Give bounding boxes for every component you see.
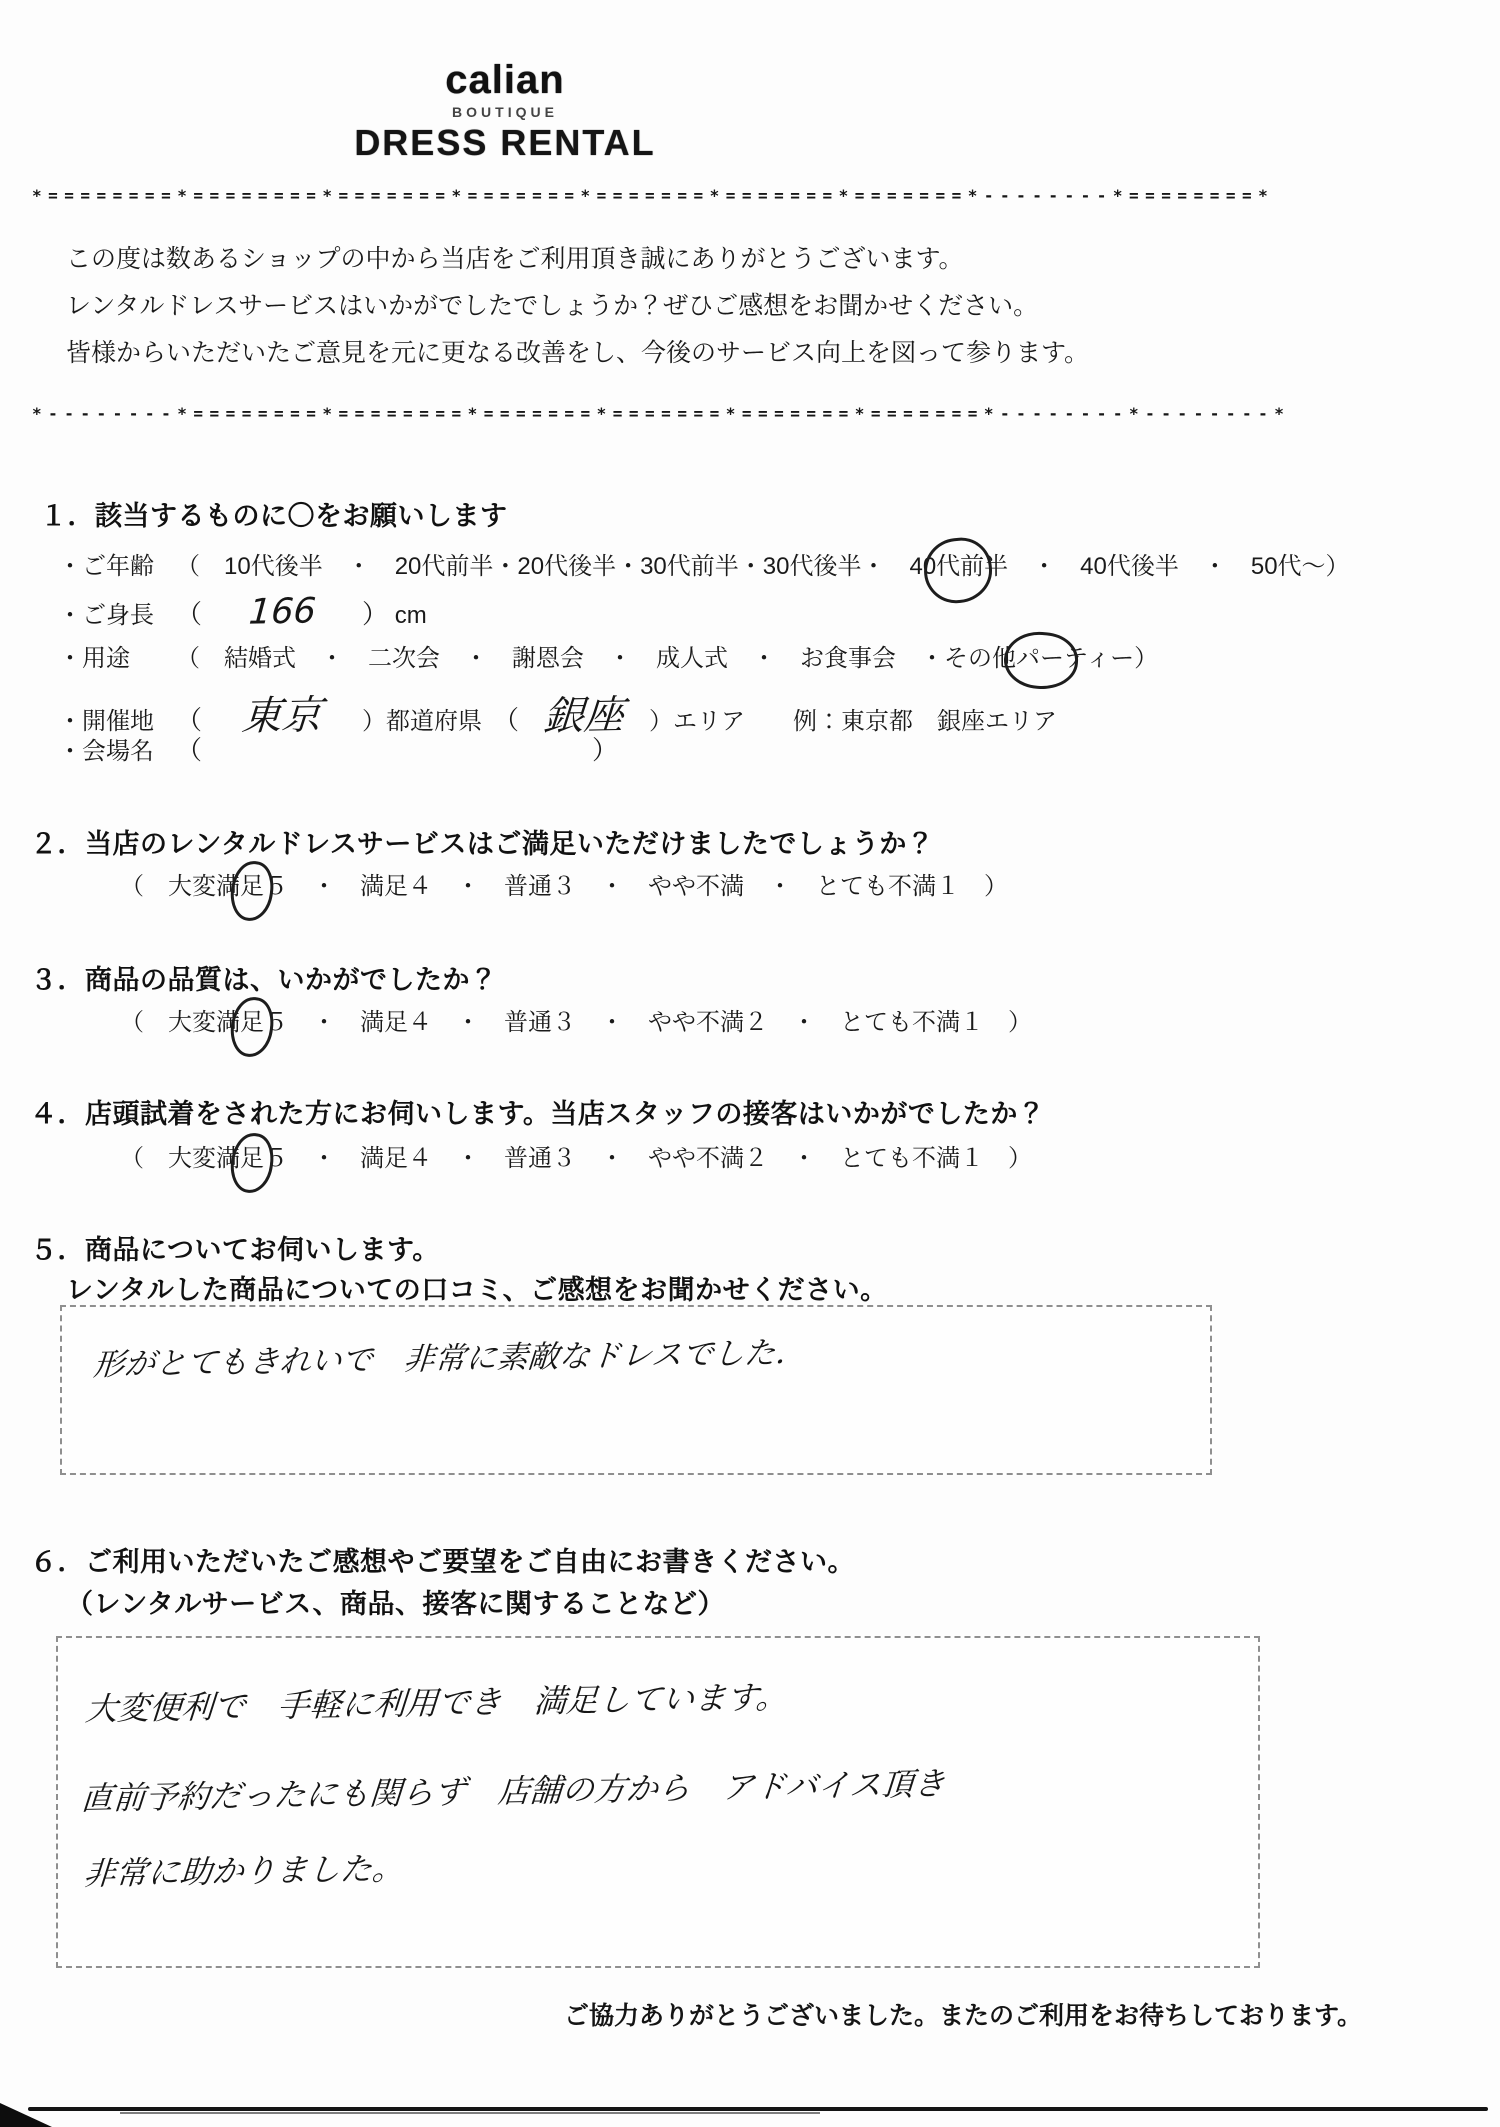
q6-answer-line-2: 直前予約だったにも関らず 店舗の方から アドバイス頂き	[80, 1758, 947, 1819]
q1-purpose-row: ・用途（ 結婚式 ・ 二次会 ・ 謝恩会 ・ 成人式 ・ お食事会 ・その他パー…	[58, 638, 1158, 673]
q3-options-post: ５ ・ 満足４ ・ 普通３ ・ やや不満２ ・ とても不満１ ）	[264, 1009, 1032, 1036]
height-value-handwritten: 166	[247, 591, 317, 632]
brand-name: calian	[0, 58, 1010, 103]
q2-rating-options: （ 大変満足５ ・ 満足４ ・ 普通３ ・ やや不満 ・ とても不満１ ）	[120, 866, 1008, 901]
q1-age-row: ・ご年齢（ 10代後半 ・ 20代前半・20代後半・30代前半・30代後半・ 4…	[58, 546, 1350, 581]
q6-subheading: （レンタルサービス、商品、接客に関することなど）	[66, 1582, 725, 1621]
scan-artifact-line-2	[120, 2112, 820, 2114]
q2-heading: ２．当店のレンタルドレスサービスはご満足いただけましたでしょうか？	[30, 822, 934, 861]
q1-age-label: ・ご年齢	[58, 546, 176, 581]
q1-venue-area-suffix: ）エリア	[649, 708, 745, 735]
q4-options-pre: （ 大変満	[120, 1145, 240, 1172]
q4-heading: ４．店頭試着をされた方にお伺いします。当店スタッフの接客はいかがでしたか？	[30, 1092, 1045, 1131]
document-title: DRESS RENTAL	[0, 122, 1010, 164]
open-paren: （	[176, 735, 202, 765]
q3-options-pre: （ 大変満	[120, 1009, 240, 1036]
q1-purpose-label: ・用途	[58, 638, 176, 673]
q1-age-options-post: 半 ・ 40代後半 ・ 50代～）	[984, 553, 1349, 580]
q5-heading: ５．商品についてお伺いします。	[30, 1228, 440, 1267]
close-paren: ）	[362, 599, 388, 629]
q6-heading: ６．ご利用いただいたご感想やご要望をご自由にお書きください。	[30, 1540, 855, 1579]
open-paren: （	[176, 599, 202, 629]
logo: calian BOUTIQUE DRESS RENTAL	[0, 58, 1010, 164]
hand-circle-q3-selection: 足	[240, 1002, 264, 1037]
q3-heading: ３．商品の品質は、いかがでしたか？	[30, 958, 498, 997]
hand-circle-q2-selection: 足	[240, 866, 264, 901]
q2-options-post: ５ ・ 満足４ ・ 普通３ ・ やや不満 ・ とても不満１ ）	[264, 873, 1008, 900]
intro-line-1: この度は数あるショップの中から当店をご利用頂き誠にありがとうございます。	[66, 236, 1089, 283]
q5-answer-box: 形がとてもきれいで 非常に素敵なドレスでした．	[60, 1305, 1212, 1475]
separator-bottom: *--------*========*========*=======*====…	[32, 404, 1362, 423]
footer-thanks: ご協力ありがとうございました。またのご利用をお待ちしております。	[300, 1996, 1362, 2032]
q1-height-row: ・ご身長（166） cm	[58, 592, 427, 632]
scanned-survey-page: calian BOUTIQUE DRESS RENTAL *========*=…	[0, 0, 1500, 2127]
hand-circle-q4-selection: 足	[240, 1138, 264, 1173]
q6-answer-line-1: 大変便利で 手軽に利用でき 満足しています。	[84, 1672, 790, 1730]
q1-heading: １．該当するものに〇をお願いします	[40, 494, 508, 533]
q4-rating-options: （ 大変満足５ ・ 満足４ ・ 普通３ ・ やや不満２ ・ とても不満１ ）	[120, 1138, 1032, 1173]
q3-rating-options: （ 大変満足５ ・ 満足４ ・ 普通３ ・ やや不満２ ・ とても不満１ ）	[120, 1002, 1032, 1037]
intro-paragraph: この度は数あるショップの中から当店をご利用頂き誠にありがとうございます。 レンタ…	[66, 236, 1089, 377]
q1-age-options-pre: （ 10代後半 ・ 20代前半・20代後半・30代前半・30代後半・ 40	[176, 553, 936, 580]
scan-artifact-corner	[0, 2103, 52, 2127]
q1-height-unit: cm	[395, 602, 427, 629]
q1-venue-name-label: ・会場名	[58, 731, 176, 766]
q6-answer-box: 大変便利で 手軽に利用でき 満足しています。 直前予約だったにも関らず 店舗の方…	[56, 1636, 1260, 1968]
q2-options-pre: （ 大変満	[120, 873, 240, 900]
q1-venue-example: 例：東京都 銀座エリア	[793, 708, 1057, 735]
q5-answer-handwritten: 形がとてもきれいで 非常に素敵なドレスでした．	[92, 1327, 808, 1384]
q1-purpose-options-pre: （ 結婚式 ・ 二次会 ・ 謝恩会 ・ 成人式 ・ お食事会 ・その他	[176, 645, 1016, 672]
q1-height-label: ・ご身長	[58, 595, 176, 630]
q1-venue-name-row: ・会場名（）	[58, 730, 618, 767]
hand-circle-age-selection: 代前	[936, 546, 984, 581]
q5-subheading: レンタルした商品についての口コミ、ご感想をお聞かせください。	[66, 1268, 888, 1307]
scan-artifact-line	[28, 2107, 1488, 2111]
intro-line-3: 皆様からいただいたご意見を元に更なる改善をし、今後のサービス向上を図って参ります…	[66, 330, 1089, 377]
separator-top: *========*========*=======*=======*=====…	[32, 186, 1362, 205]
hand-circle-purpose-selection: パー	[1016, 638, 1064, 673]
q4-options-post: ５ ・ 満足４ ・ 普通３ ・ やや不満２ ・ とても不満１ ）	[264, 1145, 1032, 1172]
close-paren: ）	[592, 735, 618, 765]
brand-subtitle: BOUTIQUE	[0, 104, 1010, 120]
intro-line-2: レンタルドレスサービスはいかがでしたでしょうか？ぜひご感想をお聞かせください。	[66, 283, 1089, 330]
q6-answer-line-3: 非常に助かりました。	[82, 1843, 406, 1895]
